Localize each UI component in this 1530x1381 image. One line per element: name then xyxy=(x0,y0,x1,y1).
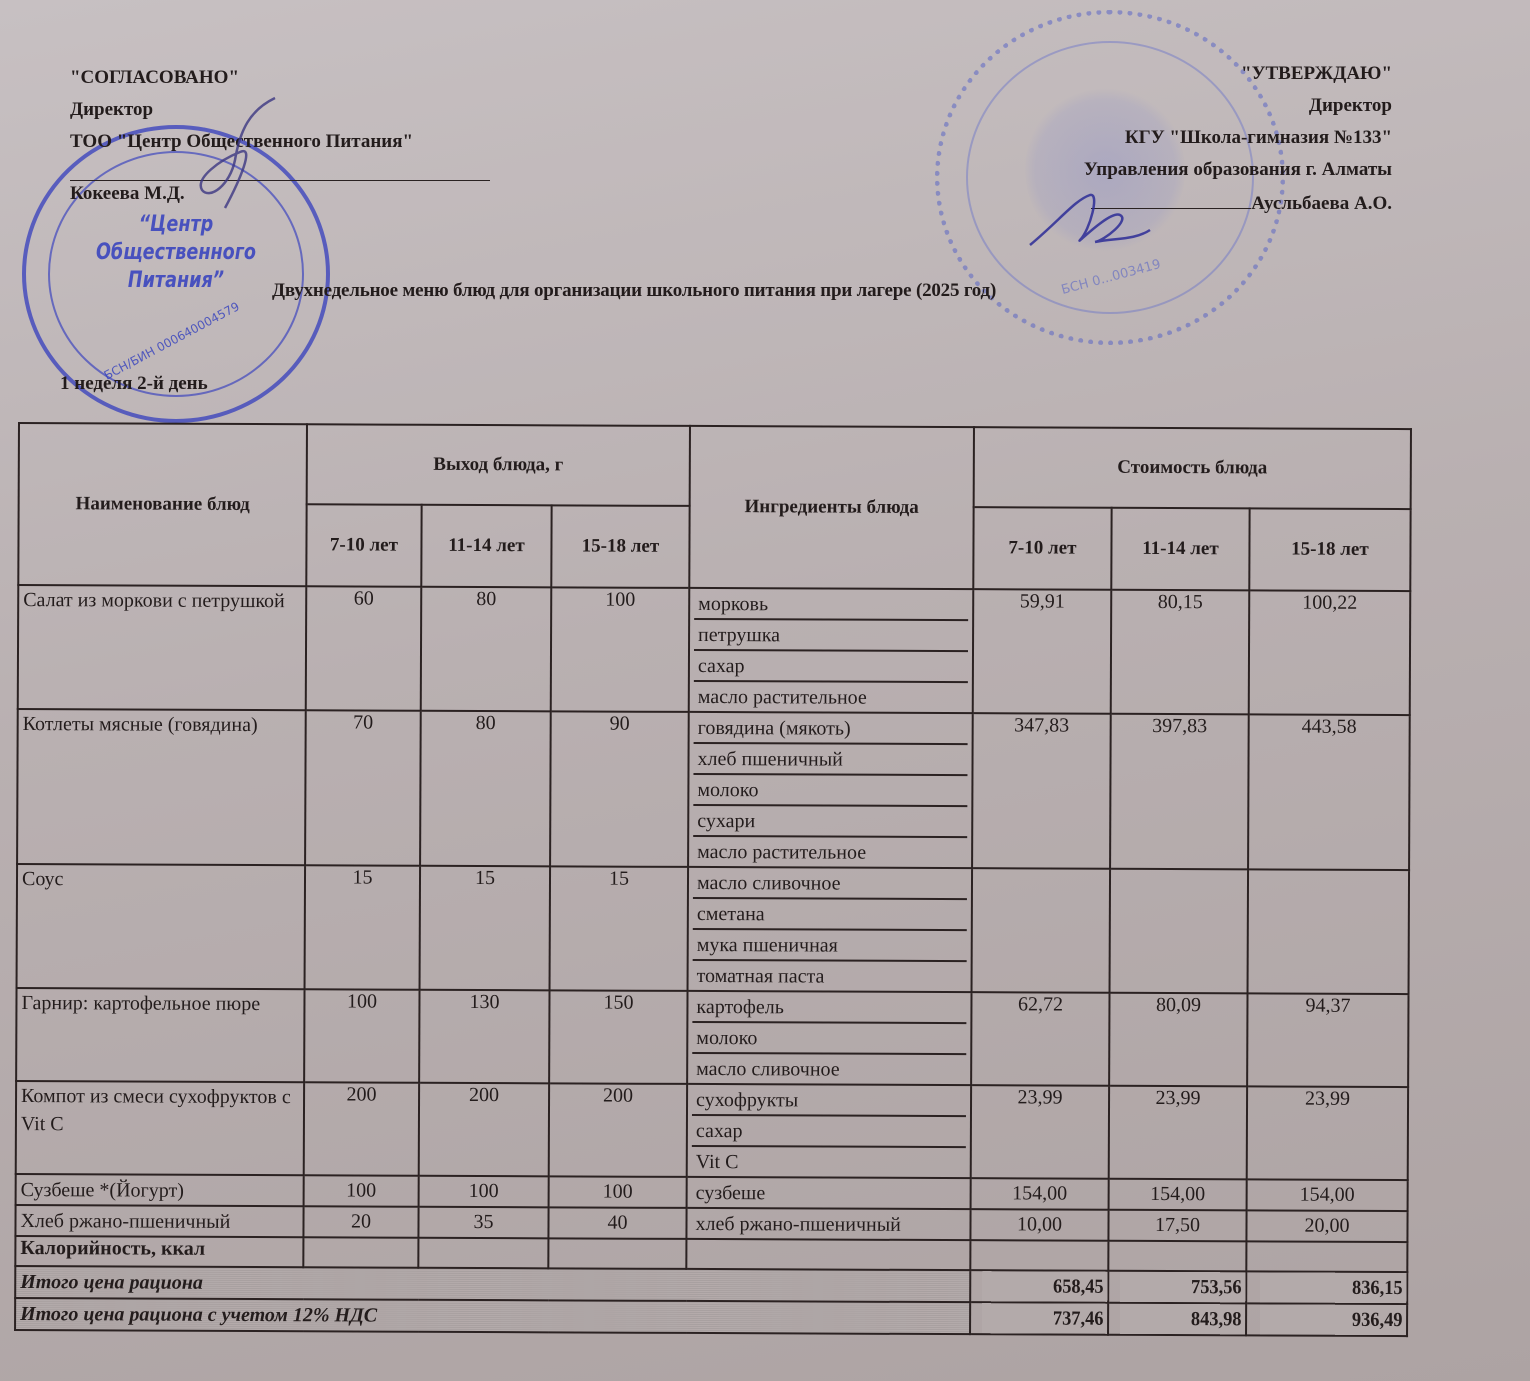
right-approval-department: Управления образования г. Алматы xyxy=(1084,158,1392,190)
ingredient-list: сухофруктысахарVit C xyxy=(687,1084,971,1178)
table-row: Гарнир: картофельное пюре100130150картоф… xyxy=(16,988,1408,1087)
cost-value xyxy=(1248,869,1410,994)
ingredient-item: сахар xyxy=(694,651,968,683)
cost-value: 397,83 xyxy=(1110,714,1249,870)
total-vat-label: Итого цена рациона с учетом 12% НДС xyxy=(15,1298,970,1334)
ingredient-item: сухофрукты xyxy=(692,1085,966,1117)
cost-value: 10,00 xyxy=(970,1209,1108,1241)
ingredient-item: хлеб пшеничный xyxy=(693,744,967,776)
cost-value: 62,72 xyxy=(971,992,1109,1086)
total-value: 753,56 xyxy=(1119,1271,1246,1304)
cost-value: 59,91 xyxy=(973,589,1112,714)
ingredient-item: масло сливочное xyxy=(693,868,967,900)
page-title: Двухнедельное меню блюд для организации … xyxy=(272,280,996,302)
ingredients: сузбеше xyxy=(692,1178,966,1208)
left-approval-position: Директор xyxy=(70,98,413,130)
menu-table: Наименование блюд Выход блюда, г Ингреди… xyxy=(14,422,1412,1337)
ingredient-list: морковьпетрушкасахармасло растительное xyxy=(689,588,974,713)
left-approval-heading: "СОГЛАСОВАНО" xyxy=(70,66,413,98)
header-yield-age: 15-18 лет xyxy=(551,505,689,588)
yield-value: 80 xyxy=(420,711,551,867)
calories-cell xyxy=(1246,1241,1407,1272)
total-value: 658,45 xyxy=(981,1270,1108,1303)
ingredient-item: томатная паста xyxy=(693,961,967,991)
ingredient-item: масло сливочное xyxy=(692,1054,966,1084)
ingredients: сухофруктысахарVit C xyxy=(692,1085,966,1177)
cost-value: 154,00 xyxy=(971,1178,1109,1210)
ingredients: хлеб ржано-пшеничный xyxy=(691,1209,965,1239)
cost-value: 23,99 xyxy=(971,1085,1109,1179)
yield-value: 15 xyxy=(420,866,551,991)
cost-value: 23,99 xyxy=(1247,1086,1408,1180)
ingredient-item: сметана xyxy=(693,899,967,931)
stamp-line: Общественного xyxy=(88,239,264,267)
dish-name: Хлеб ржано-пшеничный xyxy=(15,1205,303,1237)
stamp-bin: БСН/БИН 000640004579 xyxy=(102,299,242,382)
cost-value: 80,15 xyxy=(1111,590,1250,715)
spacer xyxy=(70,162,413,182)
cost-value: 347,83 xyxy=(972,713,1111,869)
yield-value: 100 xyxy=(551,587,690,712)
cost-value: 100,22 xyxy=(1249,590,1411,715)
right-approval-organization: КГУ "Школа-гимназия №133" xyxy=(1084,126,1392,158)
right-approval-position: Директор xyxy=(1084,94,1392,126)
table-row: Соус151515масло сливочноесметанамука пше… xyxy=(17,864,1410,994)
yield-value: 35 xyxy=(418,1207,548,1239)
cost-value: 94,37 xyxy=(1247,993,1408,1087)
table-row: Компот из смеси сухофруктов с Vit C20020… xyxy=(16,1081,1408,1180)
ingredients: картофельмолокомасло сливочное xyxy=(692,992,966,1084)
yield-value: 200 xyxy=(419,1083,549,1177)
dish-name: Котлеты мясные (говядина) xyxy=(17,709,306,865)
ingredient-item: сахар xyxy=(692,1116,966,1148)
right-approval-heading: "УТВЕРЖДАЮ" xyxy=(1084,62,1392,94)
right-signature-line xyxy=(1091,190,1251,209)
yield-value: 70 xyxy=(305,710,421,866)
yield-value: 100 xyxy=(304,989,419,1083)
left-signature-line xyxy=(70,180,490,181)
header-ingredients: Ингредиенты блюда xyxy=(689,426,974,589)
total-vat-row: Итого цена рациона с учетом 12% НДС 737,… xyxy=(15,1298,1407,1336)
cost-value: 154,00 xyxy=(1109,1179,1247,1211)
yield-value: 100 xyxy=(304,1175,419,1207)
dish-name: Компот из смеси сухофруктов с Vit C xyxy=(16,1081,304,1175)
cost-value: 80,09 xyxy=(1109,993,1247,1087)
header-yield: Выход блюда, г xyxy=(307,424,690,506)
cost-value: 17,50 xyxy=(1108,1210,1246,1242)
ingredient-item: хлеб ржано-пшеничный xyxy=(691,1209,965,1239)
ingredients: говядина (мякоть)хлеб пшеничныймолокосух… xyxy=(693,713,968,867)
ingredient-item: сухари xyxy=(693,806,967,838)
ingredient-item: молоко xyxy=(692,1023,966,1055)
total-vat-value: 936,49 xyxy=(1259,1303,1407,1336)
left-approval-signatory: Кокеева М.Д. xyxy=(70,182,413,214)
yield-value: 15 xyxy=(550,866,689,991)
dish-name: Сузбеше *(Йогурт) xyxy=(16,1174,304,1206)
calories-cell xyxy=(418,1238,548,1269)
ingredient-item: картофель xyxy=(692,992,966,1024)
menu-table-body: Салат из моркови с петрушкой6080100морко… xyxy=(15,585,1410,1242)
yield-value: 20 xyxy=(303,1206,418,1238)
yield-value: 100 xyxy=(549,1176,687,1208)
ingredient-item: молоко xyxy=(693,775,967,807)
ingredient-list: говядина (мякоть)хлеб пшеничныймолокосух… xyxy=(688,712,973,868)
total-label: Итого цена рациона xyxy=(15,1266,970,1302)
calories-cell xyxy=(303,1237,418,1268)
ingredient-item: Vit C xyxy=(692,1147,966,1177)
calories-cell xyxy=(548,1238,686,1269)
yield-value: 150 xyxy=(549,990,687,1084)
calories-cell xyxy=(686,1239,970,1270)
ingredient-list: сузбеше xyxy=(687,1177,971,1209)
left-approval-organization: ТОО "Центр Общественного Питания" xyxy=(70,130,413,162)
header-cost: Стоимость блюда xyxy=(974,427,1411,509)
dish-name: Гарнир: картофельное пюре xyxy=(16,988,304,1082)
yield-value: 200 xyxy=(304,1082,419,1176)
stamp-bsn: БСН 0...003419 xyxy=(1060,257,1163,298)
header-yield-age: 7-10 лет xyxy=(306,504,421,587)
yield-value: 100 xyxy=(419,1176,549,1208)
dish-name: Салат из моркови с петрушкой xyxy=(18,585,307,710)
ingredient-list: картофельмолокомасло сливочное xyxy=(687,991,971,1085)
total-vat-value: 843,98 xyxy=(1119,1303,1246,1336)
yield-value: 15 xyxy=(305,865,421,990)
left-approval-block: "СОГЛАСОВАНО" Директор ТОО "Центр Общест… xyxy=(70,66,413,214)
total-value: 836,15 xyxy=(1259,1271,1407,1304)
yield-value: 90 xyxy=(550,711,689,867)
ingredient-item: петрушка xyxy=(694,620,968,652)
ingredient-item: сузбеше xyxy=(692,1178,966,1208)
table-row: Котлеты мясные (говядина)708090говядина … xyxy=(17,709,1410,870)
cost-value: 154,00 xyxy=(1247,1179,1408,1211)
ingredient-item: масло растительное xyxy=(694,682,968,712)
ingredients: масло сливочноесметанамука пшеничнаятома… xyxy=(693,868,968,991)
yield-value: 130 xyxy=(419,990,549,1084)
cost-value xyxy=(1110,869,1249,994)
header-cost-age: 15-18 лет xyxy=(1249,508,1410,591)
right-approval-signature-row: Аусльбаева А.О. xyxy=(1084,190,1392,222)
total-vat-value: 737,46 xyxy=(981,1302,1108,1335)
stamp-line: Питания” xyxy=(88,267,264,295)
calories-label: Калорийность, ккал xyxy=(15,1236,303,1267)
yield-value: 40 xyxy=(548,1207,686,1239)
header-dish-name: Наименование блюд xyxy=(18,423,307,586)
ingredient-list: хлеб ржано-пшеничный xyxy=(686,1208,970,1240)
day-label: 1 неделя 2-й день xyxy=(60,373,208,395)
calories-cell xyxy=(970,1240,1108,1271)
ingredient-item: масло растительное xyxy=(693,837,967,867)
yield-value: 80 xyxy=(421,587,552,712)
yield-value: 200 xyxy=(549,1083,687,1177)
yield-value: 60 xyxy=(306,586,422,711)
ingredient-item: мука пшеничная xyxy=(693,930,967,962)
dish-name: Соус xyxy=(17,864,306,989)
cost-value xyxy=(972,868,1111,993)
ingredient-item: говядина (мякоть) xyxy=(694,713,968,745)
ingredient-item: морковь xyxy=(694,589,968,621)
stamp-line: “Центр xyxy=(88,211,264,239)
ingredients: морковьпетрушкасахармасло растительное xyxy=(694,589,969,712)
header-cost-age: 7-10 лет xyxy=(973,507,1111,590)
right-approval-block: "УТВЕРЖДАЮ" Директор КГУ "Школа-гимназия… xyxy=(1084,62,1392,222)
cost-value: 443,58 xyxy=(1248,714,1410,870)
ingredient-list: масло сливочноесметанамука пшеничнаятома… xyxy=(688,867,973,992)
table-row: Салат из моркови с петрушкой6080100морко… xyxy=(18,585,1411,715)
header-cost-age: 11-14 лет xyxy=(1111,508,1249,591)
stamp-center-text: “Центр Общественного Питания” xyxy=(88,211,264,295)
calories-cell xyxy=(1108,1241,1246,1272)
right-approval-signatory: Аусльбаева А.О. xyxy=(1251,193,1392,214)
cost-value: 23,99 xyxy=(1109,1086,1247,1180)
cost-value: 20,00 xyxy=(1246,1210,1407,1242)
header-yield-age: 11-14 лет xyxy=(421,505,551,588)
